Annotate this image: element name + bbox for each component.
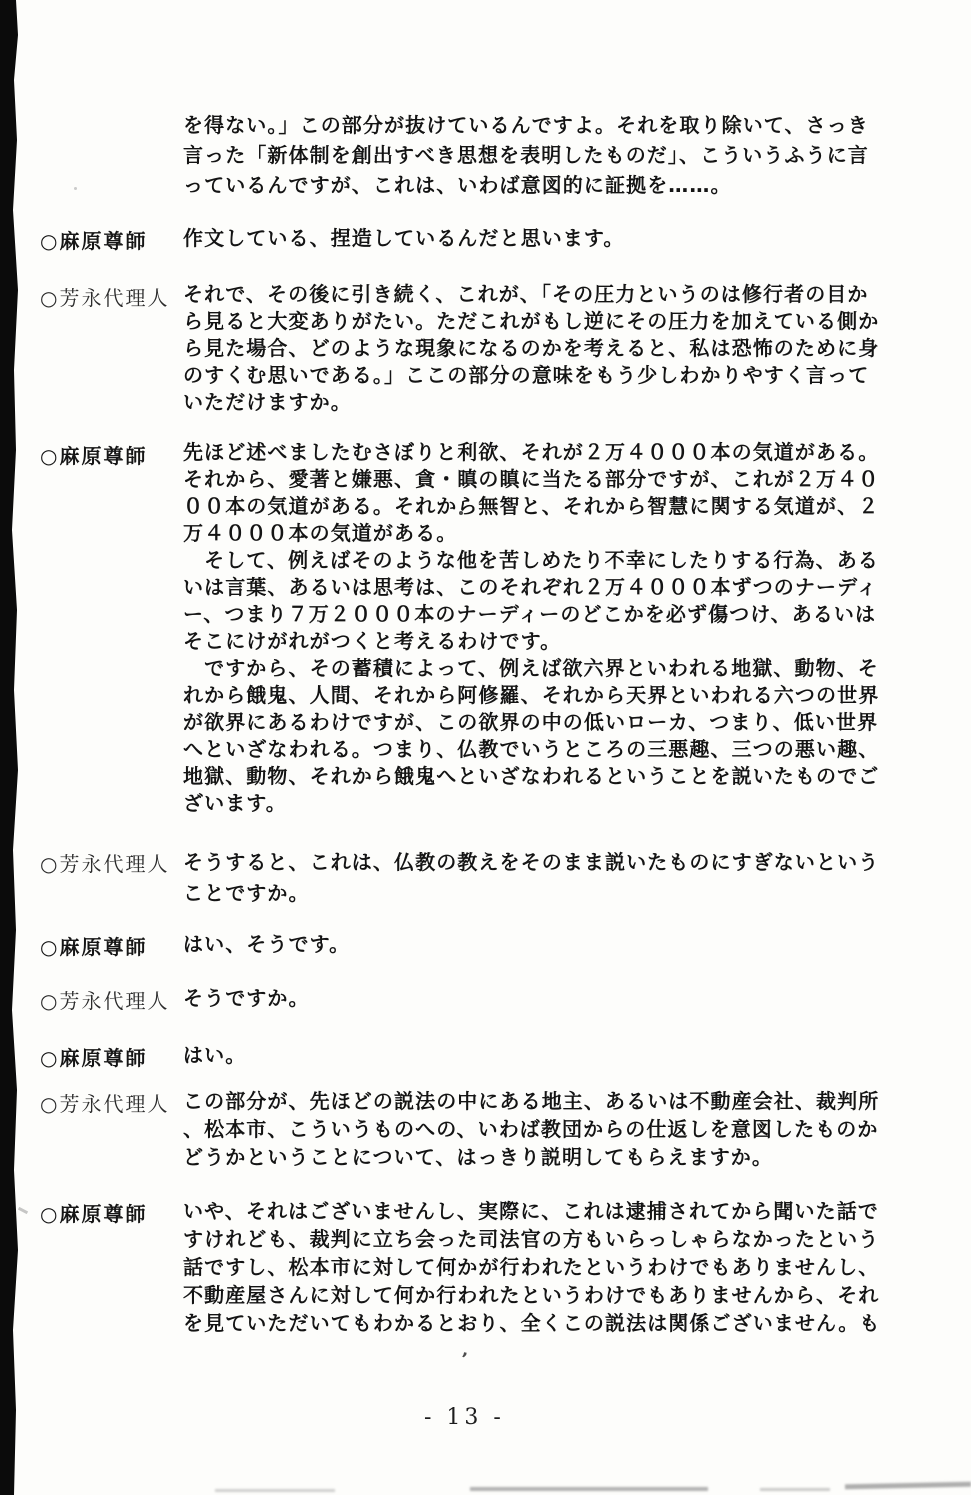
dialogue-line: ですから、その蓄積によって、例えば欲六界といわれる地獄、動物、そ — [183, 655, 903, 682]
dialogue-line: はい、そうです。 — [183, 930, 903, 958]
dialogue-text: そうですか。 — [183, 984, 903, 1012]
scan-artifact — [74, 187, 77, 190]
dialogue-text: それで、その後に引き続く、これが、「その圧力というのは修行者の目から見ると大変あ… — [183, 281, 903, 416]
dialogue-text: この部分が、先ほどの説法の中にある地主、あるいは不動産会社、裁判所、松本市、こう… — [183, 1087, 903, 1171]
dialogue-line: っているんですが、これは、いわば意図的に証拠を……。 — [183, 170, 903, 200]
dialogue-line: ざいます。 — [183, 790, 903, 817]
dialogue-line: いや、それはございませんし、実際に、これは逮捕されてから聞いた話で — [183, 1197, 903, 1225]
dialogue-line: いただけますか。 — [183, 389, 903, 416]
scan-artifact: ’ — [459, 1349, 469, 1369]
speaker-label: ○芳永代理人 — [40, 985, 169, 1014]
scan-artifact — [845, 1482, 971, 1490]
dialogue-line: ことですか。 — [183, 878, 903, 909]
dialogue-line: 作文している、捏造しているんだと思います。 — [183, 224, 903, 252]
dialogue-line: 万４０００本の気道がある。 — [183, 520, 903, 547]
dialogue-line: そこにけがれがつくと考えるわけです。 — [183, 628, 903, 655]
speaker-label: ○麻原尊師 — [40, 1198, 147, 1227]
dialogue-line: 言った「新体制を創出すべき思想を表明したものだ」、こういうふうに言 — [183, 140, 903, 170]
scan-artifact — [459, 511, 463, 515]
speaker-label: ○麻原尊師 — [40, 1042, 147, 1071]
dialogue-line: ら見た場合、どのような現象になるのかを考えると、私は恐怖のために身 — [183, 335, 903, 362]
dialogue-line: そうすると、これは、仏教の教えをそのまま説いたものにすぎないという — [183, 847, 903, 878]
dialogue-line: そうですか。 — [183, 984, 903, 1012]
page-number: - 13 - — [424, 1405, 505, 1430]
dialogue-line: そして、例えばそのような他を苦しめたり不幸にしたりする行為、ある — [183, 547, 903, 574]
dialogue-text: いや、それはございませんし、実際に、これは逮捕されてから聞いた話ですけれども、裁… — [183, 1197, 903, 1337]
dialogue-line: へといざなわれる。つまり、仏教でいうところの三悪趣、三つの悪い趣、 — [183, 736, 903, 763]
dialogue-line: を見ていただいてもわかるとおり、全くこの説法は関係ございません。も — [183, 1309, 903, 1337]
dialogue-line: ００本の気道がある。それから無智と、それから智慧に関する気道が、２ — [183, 493, 903, 520]
scan-artifact — [18, 1207, 28, 1214]
dialogue-line: いは言葉、あるいは思考は、このそれぞれ２万４０００本ずつのナーディ — [183, 574, 903, 601]
scan-edge-black-bar — [0, 0, 22, 1495]
dialogue-line: ら見ると大変ありがたい。ただこれがもし逆にその圧力を加えている側か — [183, 308, 903, 335]
scan-artifact — [215, 1489, 335, 1492]
speaker-label: ○麻原尊師 — [40, 931, 147, 960]
dialogue-text: はい、そうです。 — [183, 930, 903, 958]
dialogue-line: それで、その後に引き続く、これが、「その圧力というのは修行者の目か — [183, 281, 903, 308]
scanned-page: を得ない。」この部分が抜けているんですよ。それを取り除いて、さっき言った「新体制… — [0, 0, 971, 1495]
dialogue-line: 先ほど述べましたむさぼりと利欲、それが２万４０００本の気道がある。 — [183, 439, 903, 466]
dialogue-text: 先ほど述べましたむさぼりと利欲、それが２万４０００本の気道がある。それから、愛著… — [183, 439, 903, 817]
dialogue-text: 作文している、捏造しているんだと思います。 — [183, 224, 903, 252]
scan-artifact — [760, 1488, 830, 1491]
dialogue-line: 不動産屋さんに対して何か行われたというわけでもありませんから、それ — [183, 1281, 903, 1309]
dialogue-text: そうすると、これは、仏教の教えをそのまま説いたものにすぎないということですか。 — [183, 847, 903, 909]
scan-artifact — [470, 1487, 708, 1491]
speaker-label: ○麻原尊師 — [40, 225, 147, 254]
dialogue-text: はい。 — [183, 1041, 903, 1069]
dialogue-line: が欲界にあるわけですが、この欲界の中の低いローカ、つまり、低い世界 — [183, 709, 903, 736]
dialogue-text: を得ない。」この部分が抜けているんですよ。それを取り除いて、さっき言った「新体制… — [183, 110, 903, 200]
dialogue-line: のすくむ思いである。」ここの部分の意味をもう少しわかりやすく言って — [183, 362, 903, 389]
speaker-label: ○芳永代理人 — [40, 848, 169, 877]
dialogue-line: ー、つまり７万２０００本のナーディーのどこかを必ず傷つけ、あるいは — [183, 601, 903, 628]
dialogue-line: はい。 — [183, 1041, 903, 1069]
dialogue-line: 、松本市、こういうものへの、いわば教団からの仕返しを意図したものか — [183, 1115, 903, 1143]
dialogue-line: どうかということについて、はっきり説明してもらえますか。 — [183, 1143, 903, 1171]
dialogue-line: れから餓鬼、人間、それから阿修羅、それから天界といわれる六つの世界 — [183, 682, 903, 709]
dialogue-line: を得ない。」この部分が抜けているんですよ。それを取り除いて、さっき — [183, 110, 903, 140]
dialogue-line: すけれども、裁判に立ち会った司法官の方もいらっしゃらなかったという — [183, 1225, 903, 1253]
dialogue-line: 地獄、動物、それから餓鬼へといざなわれるということを説いたものでご — [183, 763, 903, 790]
dialogue-line: それから、愛著と嫌悪、貪・瞋の瞋に当たる部分ですが、これが２万４０ — [183, 466, 903, 493]
speaker-label: ○芳永代理人 — [40, 282, 169, 311]
speaker-label: ○麻原尊師 — [40, 440, 147, 469]
speaker-label: ○芳永代理人 — [40, 1088, 169, 1117]
dialogue-line: 話ですし、松本市に対して何かが行われたというわけでもありませんし、 — [183, 1253, 903, 1281]
dialogue-line: この部分が、先ほどの説法の中にある地主、あるいは不動産会社、裁判所 — [183, 1087, 903, 1115]
